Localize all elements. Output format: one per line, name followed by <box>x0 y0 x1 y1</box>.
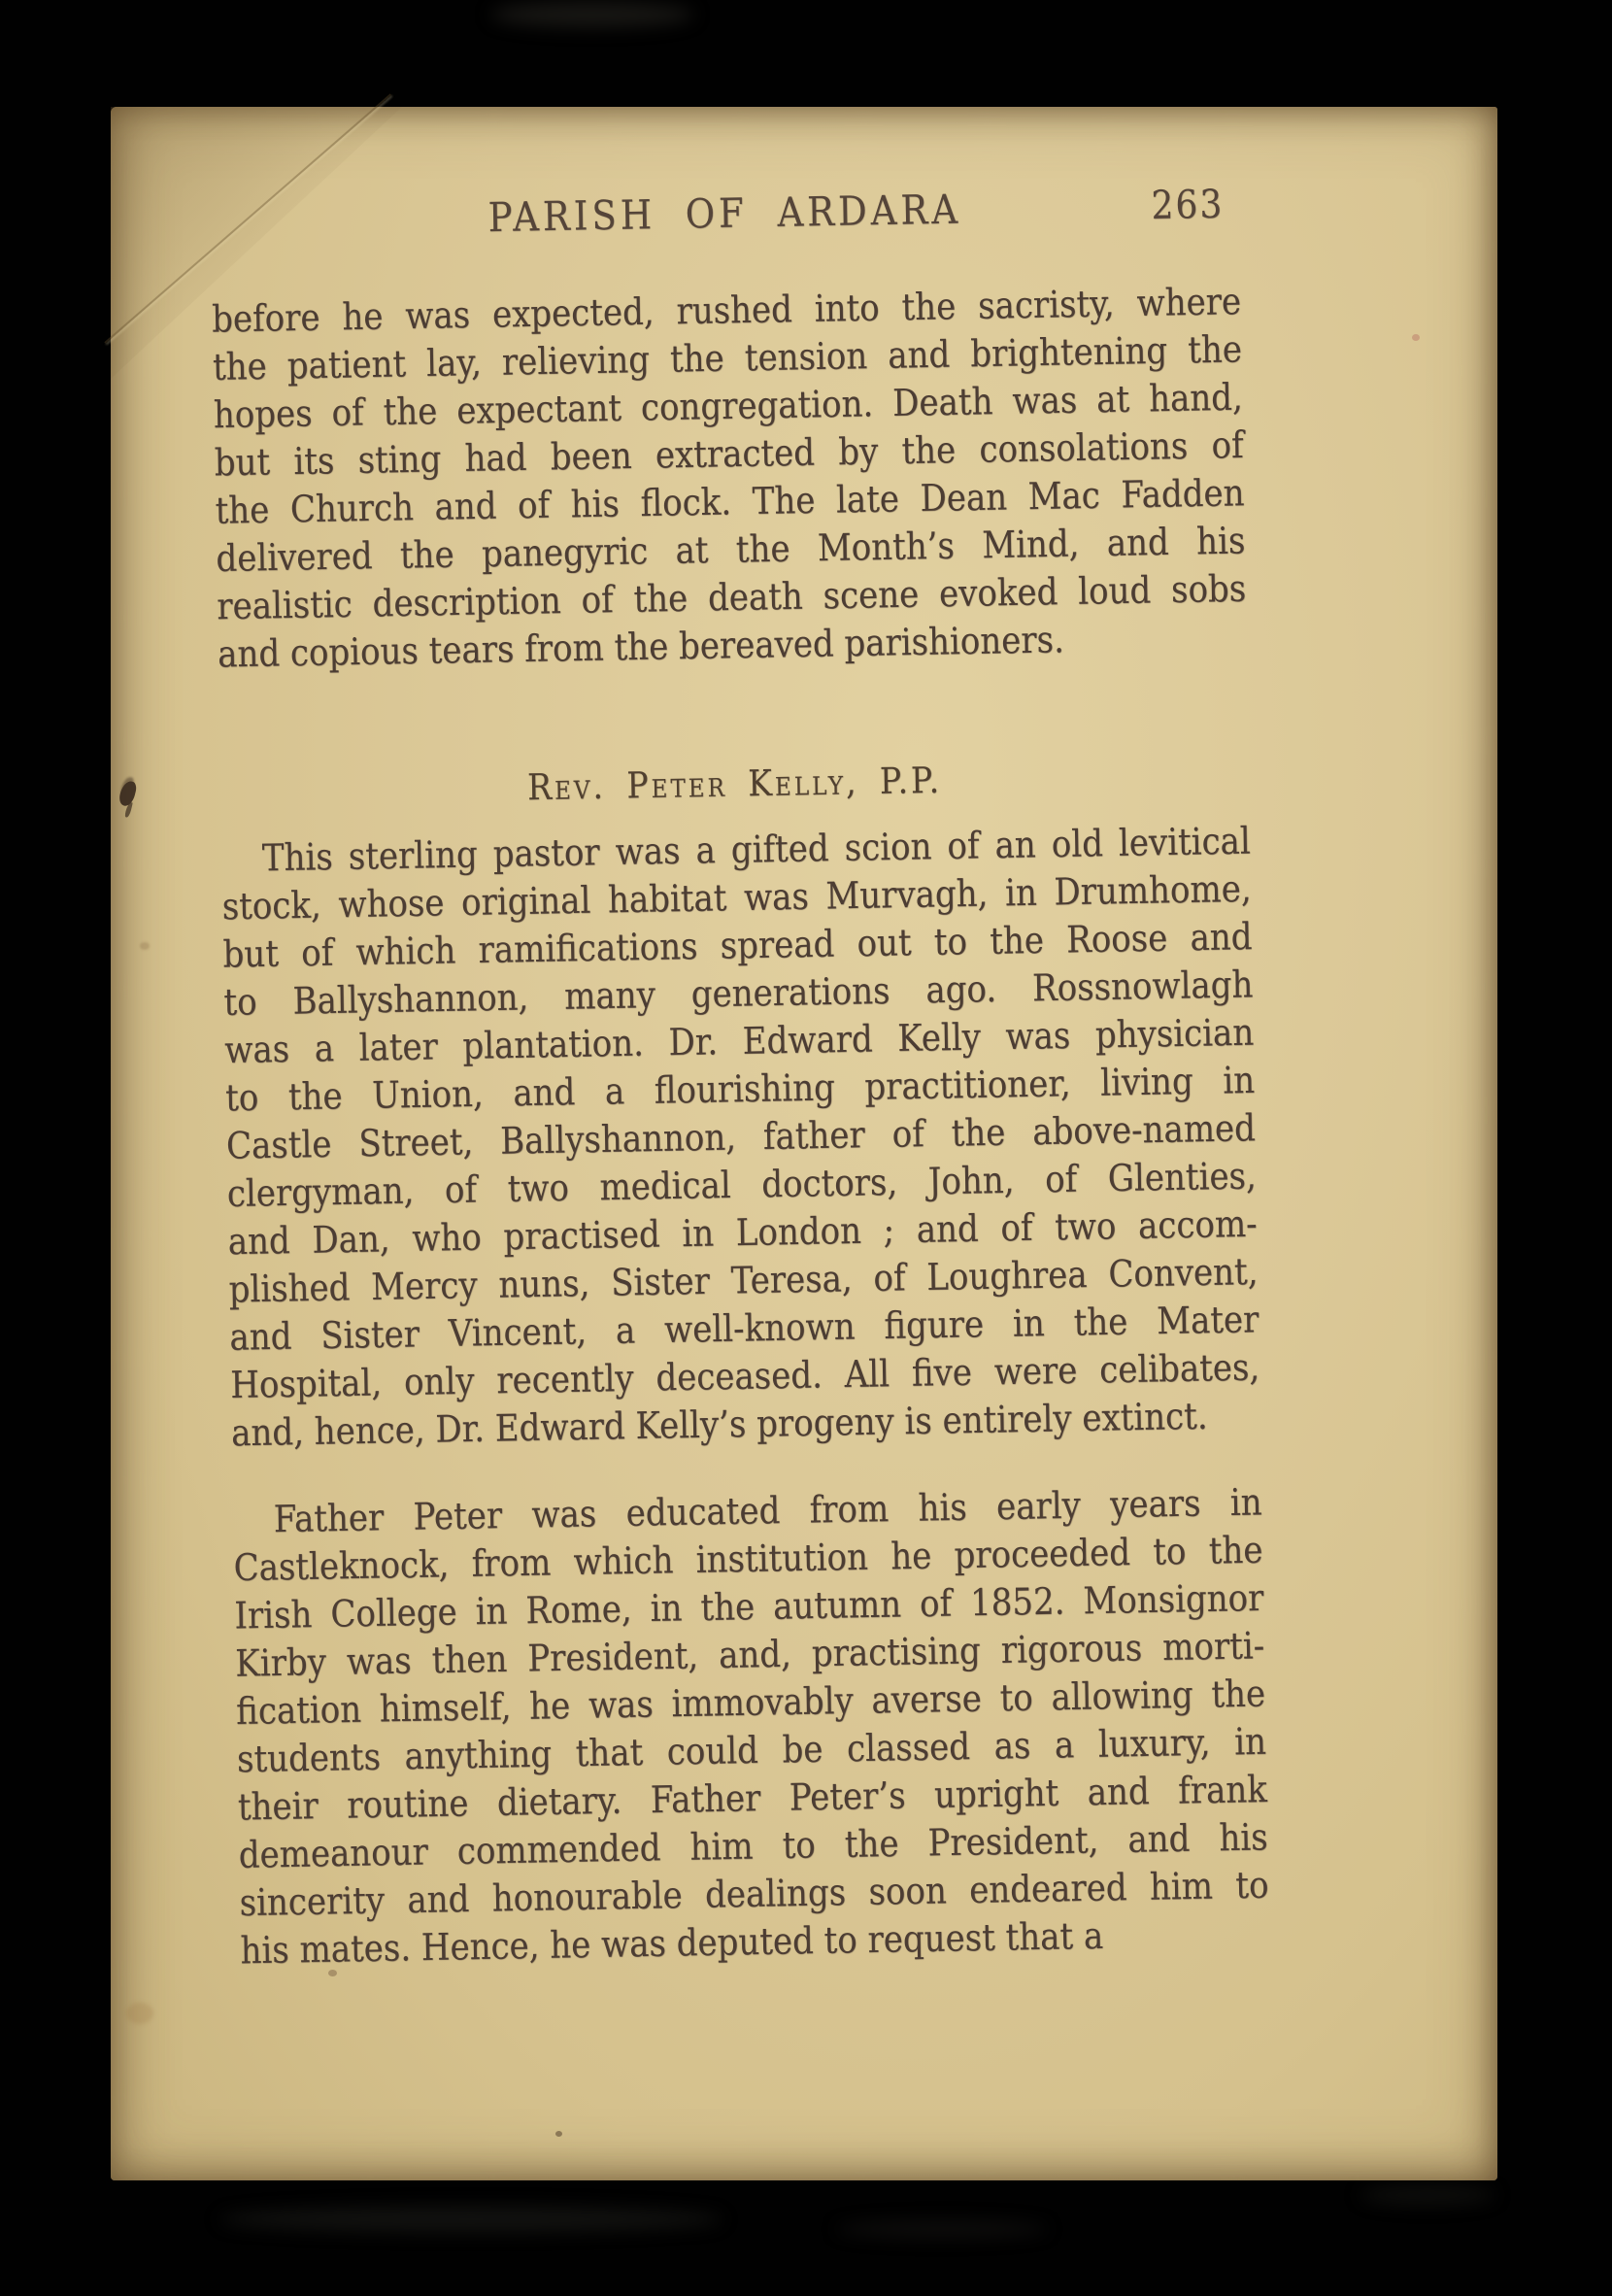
scan-background: PARISH OF ARDARA 263 before he was expec… <box>0 0 1612 2296</box>
scan-smudge <box>218 2207 723 2232</box>
ink-blot <box>118 780 138 808</box>
running-head-title: PARISH OF ARDARA <box>210 182 1240 248</box>
paper-stain <box>140 942 150 950</box>
page-number: 263 <box>1151 182 1225 231</box>
paper-stain <box>126 2003 153 2024</box>
running-head: PARISH OF ARDARA 263 <box>210 182 1240 248</box>
paragraph-education: Father Peter was educated from his early… <box>232 1478 1269 1975</box>
scan-smudge <box>835 2220 1049 2238</box>
paragraph-kelly-family: This sterling pastor was a gifted scion … <box>220 818 1260 1458</box>
paper-stain <box>555 2131 562 2137</box>
scan-smudge <box>1360 2185 1495 2205</box>
scan-smudge <box>490 2 694 27</box>
section-heading: Rev. Peter Kelly, P.P. <box>219 751 1250 817</box>
paragraph-continuation: before he was expected, rushed into the … <box>212 278 1248 679</box>
paper-stain <box>1412 334 1420 341</box>
page-text: PARISH OF ARDARA 263 before he was expec… <box>210 182 1270 1975</box>
book-page: PARISH OF ARDARA 263 before he was expec… <box>111 107 1497 2180</box>
